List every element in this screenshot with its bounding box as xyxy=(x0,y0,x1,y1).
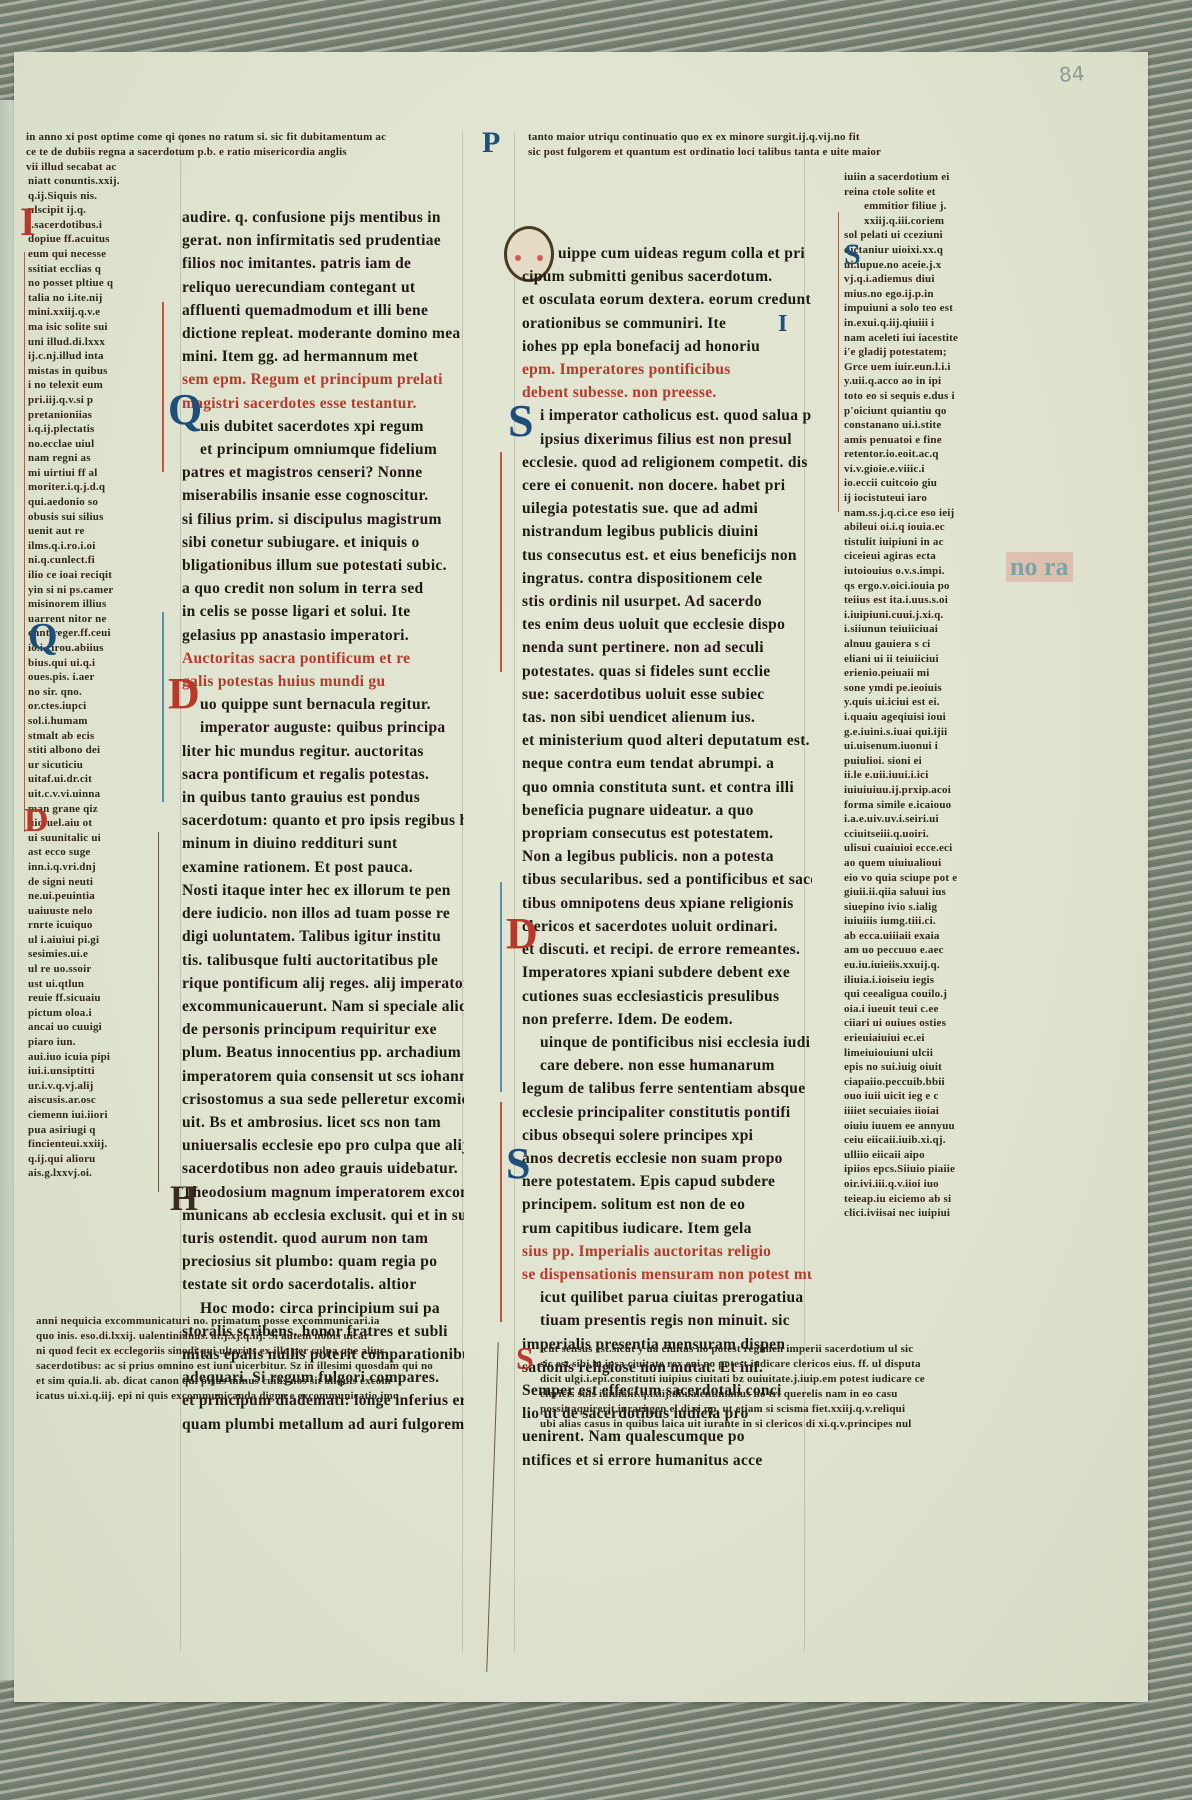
gloss-line: reuie ff.sicuaiu xyxy=(28,991,140,1006)
text-line: i imperator catholicus est. quod salua p… xyxy=(522,404,812,427)
gloss-line: ii.le e.uii.iuui.i.ici xyxy=(844,768,1004,783)
text-line: rum capitibus iudicare. Item gela xyxy=(522,1217,812,1240)
gloss-line: qui ceealigua couilo.j xyxy=(844,987,1004,1002)
gloss-line: de signi neuti xyxy=(28,875,140,890)
text-line: examine rationem. Et post pauca. xyxy=(182,856,464,879)
gloss-line: impuiuni a solo teo est xyxy=(844,301,1004,316)
gloss-line: eio vo quia sciupe pot e xyxy=(844,871,1004,886)
ruling-line xyxy=(514,132,515,1652)
gloss-line: sic est sibi in ipsa ciuitate rex eni no… xyxy=(540,1357,1030,1372)
gloss-line: siuepino ivio s.ialig xyxy=(844,900,1004,915)
gloss-line: forma simile e.icaiouo xyxy=(844,798,1004,813)
text-line: liter hic mundus regitur. auctoritas xyxy=(182,740,464,763)
text-line: a quo credit non solum in terra sed xyxy=(182,577,464,600)
text-line: patres et magistros censeri? Nonne xyxy=(182,461,464,484)
gloss-line: ulscipit ij.q. xyxy=(28,203,140,218)
decorated-initial-Q-gloss: Q xyxy=(28,618,58,656)
red-flourish xyxy=(24,252,25,832)
decorated-initial-I: I xyxy=(778,312,787,336)
decorated-initial-S-bottom: S xyxy=(516,1342,534,1374)
text-line: uippe cum uideas regum colla et pri xyxy=(522,242,812,265)
text-line: in celis se posse ligari et solui. Ite xyxy=(182,600,464,623)
rubric-line: sem epm. Regum et principum prelati xyxy=(182,368,464,391)
gloss-line: no posset pltiue q xyxy=(28,276,140,291)
gloss-line: Grce uem iuir.eun.l.i.i xyxy=(844,360,1004,375)
text-line: rique pontificum alij reges. alij impera… xyxy=(182,972,464,995)
top-gloss: in anno xi post optime come qi qones no … xyxy=(26,130,476,174)
folio-number: 84 xyxy=(1058,61,1085,87)
decorated-initial-I-gloss: I xyxy=(20,202,36,242)
gloss-line: ab ecca.uiiiaii exaia xyxy=(844,929,1004,944)
rubric-line: magistri sacerdotes esse testantur. xyxy=(182,392,464,415)
gloss-line: epis no sui.iuig oiuit xyxy=(844,1060,1004,1075)
gloss-line: nam.ss.j.q.ci.ce eso ieij xyxy=(844,506,1004,521)
gloss-line: ce te de dubiis regna a sacerdotum p.b. … xyxy=(26,145,476,160)
gloss-line: eliani ui ii teiuiiciui xyxy=(844,652,1004,667)
gloss-line: sesimies.ui.e xyxy=(28,947,140,962)
text-line: legum de talibus ferre sententiam absque xyxy=(522,1077,812,1100)
gloss-line: inn.i.q.vri.dnj xyxy=(28,860,140,875)
text-line: tiuam presentis regis non minuit. sic xyxy=(522,1309,812,1332)
text-line: sacerdotibus non adeo grauis uidebatur. xyxy=(182,1157,464,1180)
gloss-line: ij iocistuteui iaro xyxy=(844,491,1004,506)
text-line: potestates. quas si fideles sunt ecclie xyxy=(522,660,812,683)
gloss-line: ma isic solite sui xyxy=(28,320,140,335)
gloss-line: eum qui necesse xyxy=(28,247,140,262)
text-line: non preferre. Idem. De eodem. xyxy=(522,1008,812,1031)
text-line: filios noc imitantes. patris iam de xyxy=(182,252,464,275)
red-flourish xyxy=(500,1102,502,1322)
main-column-right: uippe cum uideas regum colla et pri cipu… xyxy=(522,242,812,1472)
top-right-gloss: tanto maior utriqu continuatio quo ex ex… xyxy=(528,130,998,160)
gloss-line: oia.i iueuit teui c.ee xyxy=(844,1002,1004,1017)
gloss-line: ciiari ui ouiues osties xyxy=(844,1016,1004,1031)
gloss-line: mi uirtiui ff al xyxy=(28,466,140,481)
gloss-line: g.e.iuini.s.iuai qui.ijii xyxy=(844,725,1004,740)
red-flourish xyxy=(500,452,502,672)
gloss-line: y.uii.q.acco ao in ipi xyxy=(844,374,1004,389)
gloss-line: pri.iij.q.v.si p xyxy=(28,393,140,408)
gloss-line: ni quod fecit ex ecclegoriis sinodi qui … xyxy=(36,1344,476,1359)
text-line: audire. q. confusione pijs mentibus in xyxy=(182,206,464,229)
decorated-initial-S-gloss: S xyxy=(844,240,861,270)
gloss-line: stiti albono dei xyxy=(28,743,140,758)
text-line: dere iudicio. non illos ad tuam posse re xyxy=(182,902,464,925)
gloss-line: stmalt ab ecis xyxy=(28,729,140,744)
text-line: tus consecutus est. et eius beneficijs n… xyxy=(522,544,812,567)
text-line: Theodosium magnum imperatorem excom xyxy=(182,1181,464,1204)
gloss-line: ur.i.v.q.vj.alij xyxy=(28,1079,140,1094)
text-line: sacra pontificum et regalis potestas. xyxy=(182,763,464,786)
gloss-line: iuiuiiis iumg.tiii.ci. xyxy=(844,914,1004,929)
gloss-line: ulliio eiicaii aipo xyxy=(844,1148,1004,1163)
text-line: dictione repleat. moderante domino mea xyxy=(182,322,464,345)
gloss-line: retentor.io.eoit.ac.q xyxy=(844,447,1004,462)
text-line: cere ei conuenit. non docere. habet pri xyxy=(522,474,812,497)
gloss-line: ulisui cuaiuioi ecce.eci xyxy=(844,841,1004,856)
gloss-line: talia no i.ite.nij xyxy=(28,291,140,306)
gloss-line: et sim quia.li. ab. dicat canon qui priu… xyxy=(36,1374,476,1389)
right-gloss-column: iuiin a sacerdotium ei reina ctole solit… xyxy=(844,170,1004,1221)
decorated-initial-P: P xyxy=(482,128,500,158)
decorated-initial-D: D xyxy=(168,672,200,716)
gloss-line: rnrte icuiquo xyxy=(28,918,140,933)
gloss-line: no.ecclae uiul xyxy=(28,437,140,452)
decorated-initial-S: S xyxy=(508,398,534,444)
gloss-line: oiuiu iuuem ee annyuu xyxy=(844,1119,1004,1134)
text-line: imperator auguste: quibus principa xyxy=(182,716,464,739)
text-line: si filius prim. si discipulus magistrum xyxy=(182,508,464,531)
text-line: et ministerium quod alteri deputatum est… xyxy=(522,729,812,752)
gloss-line: eu.iu.iuieiis.xxuij.q. xyxy=(844,958,1004,973)
text-line: crisostomus a sua sede pelleretur excomi… xyxy=(182,1088,464,1111)
text-line: Non a legibus publicis. non a potesta xyxy=(522,845,812,868)
gloss-line: oues.pis. i.aer xyxy=(28,670,140,685)
gloss-line: emmitior filiue j. xyxy=(844,199,1004,214)
decorated-initial-D-gloss: D xyxy=(24,804,49,838)
gloss-line: aiscusis.ar.osc xyxy=(28,1093,140,1108)
ruling-line xyxy=(180,132,181,1652)
gloss-line: ipiios epcs.Siiuio piaiie xyxy=(844,1162,1004,1177)
gloss-line: ui.iupue.no aceie.j.x xyxy=(844,258,1004,273)
gloss-line: cciuitseiii.q.uoiri. xyxy=(844,827,1004,842)
gloss-line: ao quem uiuiualioui xyxy=(844,856,1004,871)
gloss-line: erienio.peiuaii mi xyxy=(844,666,1004,681)
text-line: tes enim deus uoluit que ecclesie dispo xyxy=(522,613,812,636)
gloss-line: or.ctes.iupci xyxy=(28,699,140,714)
text-line: preciosius sit plumbo: quam regia po xyxy=(182,1250,464,1273)
gloss-line: i.sacerdotibus.i xyxy=(28,218,140,233)
gloss-line: sacerdotibus: ac si prius omnino est iun… xyxy=(36,1359,476,1374)
decorated-initial-S-right: S xyxy=(506,1142,530,1186)
text-line: uo quippe sunt bernacula regitur. xyxy=(182,693,464,716)
gloss-line: oir.ivi.iii.q.v.iioi iuo xyxy=(844,1177,1004,1192)
bottom-right-gloss: icut sensus est.sicut y ua ciuitas no po… xyxy=(540,1342,1030,1432)
gloss-line: ni.q.cunlect.fi xyxy=(28,553,140,568)
decorated-initial-D-right: D xyxy=(506,912,538,956)
text-line: miserabilis insanie esse cognoscitur. xyxy=(182,484,464,507)
gloss-line: piaro iun. xyxy=(28,1035,140,1050)
red-flourish xyxy=(838,212,839,512)
text-line: tis. talibusque fulti auctoritatibus ple xyxy=(182,949,464,972)
gloss-line: i.iuipiuni.cuui.j.xi.q. xyxy=(844,608,1004,623)
gloss-line: niatt conuntis.xxij. xyxy=(28,174,140,189)
gloss-line: vi.v.gioie.e.viiic.i xyxy=(844,462,1004,477)
text-line: care debere. non esse humanarum xyxy=(522,1054,812,1077)
text-line: plum. Beatus innocentius pp. archadium xyxy=(182,1041,464,1064)
gloss-line: i.a.e.uiv.uv.i.seiri.ui xyxy=(844,812,1004,827)
gloss-line: iliuia.i.ioiseiu iegis xyxy=(844,973,1004,988)
gloss-line: ciemenn iui.iiori xyxy=(28,1108,140,1123)
rubric-line: galis potestas huius mundi gu xyxy=(182,670,464,693)
gloss-line: y.quis ui.iciui est ei. xyxy=(844,695,1004,710)
gloss-line: uitaf.ui.dr.cit xyxy=(28,772,140,787)
gloss-line: giuii.ii.qiia saluui ius xyxy=(844,885,1004,900)
gloss-line: io.eccii cuitcoio giu xyxy=(844,476,1004,491)
text-line: ipsius dixerimus filius est non presul xyxy=(522,428,812,451)
brown-flourish xyxy=(486,1342,499,1672)
gloss-line: i.q.ij.plectatis xyxy=(28,422,140,437)
gloss-line: alnuu gauiera s ci xyxy=(844,637,1004,652)
text-line: Nosti itaque inter hec ex illorum te pen xyxy=(182,879,464,902)
gloss-line: am uo peccuuo e.aec xyxy=(844,943,1004,958)
text-line: mini. Item gg. ad hermannum met xyxy=(182,345,464,368)
gloss-line: tistulit iuipiuni in ac xyxy=(844,535,1004,550)
gloss-line: obusis sui silius xyxy=(28,510,140,525)
gloss-line: iiiiet secuiaies iioiai xyxy=(844,1104,1004,1119)
brown-flourish xyxy=(158,832,159,1192)
blue-flourish xyxy=(500,882,502,1092)
gloss-line: possit aquirerit iurari gen el.di.si pp.… xyxy=(540,1402,1030,1417)
text-line: turis ostendit. quod aurum non tam xyxy=(182,1227,464,1250)
text-line: clericos et sacerdotes uoluit ordinari. xyxy=(522,915,812,938)
left-gloss-column: niatt conuntis.xxij. q.ij.Siquis nis. ul… xyxy=(28,174,140,1181)
text-line: quam plumbi metallum ad auri fulgorem co… xyxy=(182,1413,464,1436)
gloss-line: puiulioi. sioni ei xyxy=(844,754,1004,769)
gloss-line: mistas in quibus xyxy=(28,364,140,379)
gloss-line: ais.g.lxxvj.oi. xyxy=(28,1166,140,1181)
gloss-line: ssitiat ecclias q xyxy=(28,262,140,277)
gloss-line: ciapaiio.peccuib.bbii xyxy=(844,1075,1004,1090)
gloss-line: vii illud secabat ac xyxy=(26,160,476,175)
text-line: principem. solitum est non de eo xyxy=(522,1193,812,1216)
gloss-line: no sir. qno. xyxy=(28,685,140,700)
text-line: affluenti quemadmodum et illi bene xyxy=(182,299,464,322)
text-line: ecclesie. quod ad religionem competit. d… xyxy=(522,451,812,474)
text-line: iohes pp epla bonefacij ad honoriu xyxy=(522,335,812,358)
text-line: tibus secularibus. sed a pontificibus et… xyxy=(522,868,812,891)
text-line: imperatorem quia consensit ut scs iohann… xyxy=(182,1065,464,1088)
gloss-line: ne.ui.peuintia xyxy=(28,889,140,904)
text-line: icut quilibet parua ciuitas prerogatiua xyxy=(522,1286,812,1309)
text-line: Imperatores xpiani subdere debent exe xyxy=(522,961,812,984)
gloss-line: clericis suis iuiuiaiit.q.lxiij.di.ualen… xyxy=(540,1387,1030,1402)
text-line: ingratus. contra dispositionem cele xyxy=(522,567,812,590)
text-line: sibi conetur subiugare. et iniquis o xyxy=(182,531,464,554)
gloss-line: uaiuuste nelo xyxy=(28,904,140,919)
text-line: uilegia potestatis sue. que ad admi xyxy=(522,497,812,520)
gloss-line: pretanioniias xyxy=(28,408,140,423)
gloss-line: qs ergo.v.oici.iouia po xyxy=(844,579,1004,594)
gloss-line: icatus ui.xi.q.iij. epi ni quis excommun… xyxy=(36,1389,476,1404)
gloss-line: sone ymdi pe.ieoiuis xyxy=(844,681,1004,696)
text-line: excommunicauerunt. Nam si speciale aliqu… xyxy=(182,995,464,1018)
gloss-line: ast ecco suge xyxy=(28,845,140,860)
text-line: stis ordinis nil usurpet. Ad sacerdo xyxy=(522,590,812,613)
gloss-line: teiius est ita.i.uus.s.oi xyxy=(844,593,1004,608)
text-line: uit. Bs et ambrosius. licet scs non tam xyxy=(182,1111,464,1134)
text-line: bligationibus illum sue potestati subic. xyxy=(182,554,464,577)
rubric-line: se dispensationis mensuram non potest mu… xyxy=(522,1263,812,1286)
gloss-line: amis penuatoi e fine xyxy=(844,433,1004,448)
gloss-line: constanano ui.i.stite xyxy=(844,418,1004,433)
text-line: quo omnia constituta sunt. et contra ill… xyxy=(522,776,812,799)
gloss-line: pictum oloa.i xyxy=(28,1006,140,1021)
gloss-line: icut sensus est.sicut y ua ciuitas no po… xyxy=(540,1342,1030,1357)
gloss-line: ouo iuii uicit ieg e c xyxy=(844,1089,1004,1104)
text-line: uis dubitet sacerdotes xpi regum xyxy=(182,415,464,438)
gloss-line: iui.i.unsiptitti xyxy=(28,1064,140,1079)
gloss-line: anni nequicia excommunicaturi no. primat… xyxy=(36,1314,476,1329)
gloss-line: i no telexit eum xyxy=(28,378,140,393)
text-line: nenda sunt pertinere. non ad seculi xyxy=(522,636,812,659)
gloss-line: sol.i.humam xyxy=(28,714,140,729)
rubric-line: debent subesse. non preesse. xyxy=(522,381,812,404)
gloss-line: mius.no ego.ij.p.in xyxy=(844,287,1004,302)
gloss-line: fincienteui.xxiij. xyxy=(28,1137,140,1152)
main-column-left: audire. q. confusione pijs mentibus in g… xyxy=(182,206,464,1436)
gloss-line: nam regni as xyxy=(28,451,140,466)
gloss-line: i.siiunun teiuiiciuai xyxy=(844,622,1004,637)
text-line: de personis principum requiritur exe xyxy=(182,1018,464,1041)
decorated-initial-Q: Q xyxy=(168,388,202,432)
gloss-line: ust ui.qtlun xyxy=(28,977,140,992)
blue-flourish xyxy=(162,612,164,802)
gloss-line: ceiu eiicaii.iuib.xi.qj. xyxy=(844,1133,1004,1148)
text-line: sacerdotum: quanto et pro ipsis regibus … xyxy=(182,809,464,832)
gloss-line: erieuiaiuiui ec.ei xyxy=(844,1031,1004,1046)
gloss-line: dicit ulgi.i.epi.constituti iuipius ciui… xyxy=(540,1372,1030,1387)
gloss-line: ul re uo.ssoir xyxy=(28,962,140,977)
gloss-line: dopiue ff.acuitus xyxy=(28,232,140,247)
gloss-line: abileui oi.i.q iouia.ec xyxy=(844,520,1004,535)
manuscript-folio: 84 in anno xi post optime come qi qones … xyxy=(14,52,1148,1702)
text-line: testate sit ordo sacerdotalis. altior xyxy=(182,1273,464,1296)
text-line: cipum submitti genibus sacerdotum. xyxy=(522,265,812,288)
gloss-line: i'e gladij potestatem; xyxy=(844,345,1004,360)
text-line: nere potestatem. Epis capud subdere xyxy=(522,1170,812,1193)
text-line: reliquo uerecundiam contegant ut xyxy=(182,276,464,299)
text-line: uinque de pontificibus nisi ecclesia iud… xyxy=(522,1031,812,1054)
gloss-line: ilms.q.i.ro.i.oi xyxy=(28,539,140,554)
bottom-left-gloss: anni nequicia excommunicaturi no. primat… xyxy=(36,1314,476,1404)
gloss-line: nam aceleti iui iacestite xyxy=(844,331,1004,346)
text-line: orationibus se communiri. Ite xyxy=(522,312,812,335)
gloss-line: tanto maior utriqu continuatio quo ex ex… xyxy=(528,130,998,145)
gloss-line: pua asiriugi q xyxy=(28,1123,140,1138)
gloss-line: ilio ce ioai reciqit xyxy=(28,568,140,583)
text-line: in quibus tanto grauius est pondus xyxy=(182,786,464,809)
gloss-line: uenit aut re xyxy=(28,524,140,539)
text-line: minum in diuino reddituri sunt xyxy=(182,832,464,855)
gloss-line: iuiin a sacerdotium ei xyxy=(844,170,1004,185)
text-line: ecclesie principaliter constitutis ponti… xyxy=(522,1101,812,1124)
gloss-line: ciceieui agiras ecta xyxy=(844,549,1004,564)
gloss-line: qui.aedonio so xyxy=(28,495,140,510)
gloss-line: q.ij.qui alioru xyxy=(28,1152,140,1167)
text-line: anos decretis ecclesie non suam propo xyxy=(522,1147,812,1170)
text-line: cutiones suas ecclesiasticis presulibus xyxy=(522,985,812,1008)
text-line: ntifices et si errore humanitus acce xyxy=(522,1449,812,1472)
decorated-initial-H: H xyxy=(170,1180,198,1216)
text-line: uniuersalis ecclesie epo pro culpa que a… xyxy=(182,1134,464,1157)
gloss-line: quo inis. eso.di.lxxij. ualentinianus. a… xyxy=(36,1329,476,1344)
text-line: tas. non sibi uendicet alienum ius. xyxy=(522,706,812,729)
rubric-line: sius pp. Imperialis auctoritas religio xyxy=(522,1240,812,1263)
gloss-line: sol pelati ui cceziuni xyxy=(844,228,1004,243)
gloss-line: uit.c.v.vi.uinna xyxy=(28,787,140,802)
gloss-line: in anno xi post optime come qi qones no … xyxy=(26,130,476,145)
gloss-line: dictaniur uioixi.xx.q xyxy=(844,243,1004,258)
gloss-line: q.ij.Siquis nis. xyxy=(28,189,140,204)
gloss-line: sic post fulgorem et quantum est ordinat… xyxy=(528,145,998,160)
gloss-line: aui.iuo icuia pipi xyxy=(28,1050,140,1065)
gloss-line: ij.c.nj.illud inta xyxy=(28,349,140,364)
text-line: cibus obsequi solere principes xpi xyxy=(522,1124,812,1147)
gloss-line: uni illud.di.lxxx xyxy=(28,335,140,350)
gloss-line: vj.q.i.adiemus diui xyxy=(844,272,1004,287)
marginal-note: no ra xyxy=(1006,552,1073,582)
text-line: neque contra eum tendat abrumpi. a xyxy=(522,752,812,775)
gloss-line: ancai uo cuuigi xyxy=(28,1020,140,1035)
gloss-line: clici.iviisai nec iuipiui xyxy=(844,1206,1004,1221)
text-line: gerat. non infirmitatis sed prudentiae xyxy=(182,229,464,252)
text-line: municans ab ecclesia exclusit. qui et in… xyxy=(182,1204,464,1227)
gloss-line: ubi alias casus in quibus laica uit iura… xyxy=(540,1417,1030,1432)
rubric-line: epm. Imperatores pontificibus xyxy=(522,358,812,381)
cheek-mark xyxy=(515,255,521,261)
text-line: nistrandum legibus publicis diuini xyxy=(522,520,812,543)
text-line: et discuti. et recipi. de errore remeant… xyxy=(522,938,812,961)
gloss-line: in.exui.q.iij.qiuiii i xyxy=(844,316,1004,331)
gloss-line: i.quaiu ageqiuisi ioui xyxy=(844,710,1004,725)
text-line: digi uoluntatem. Talibus igitur institu xyxy=(182,925,464,948)
gloss-line: teieap.iu eiciemo ab si xyxy=(844,1192,1004,1207)
gloss-line: ur sicuticiu xyxy=(28,758,140,773)
text-line: sue: sacerdotibus uoluit esse subiec xyxy=(522,683,812,706)
gloss-line: mini.xxiij.q.v.e xyxy=(28,305,140,320)
gloss-line: ui.uisenum.iuonui i xyxy=(844,739,1004,754)
gloss-line: toto eo si sequis e.dus i xyxy=(844,389,1004,404)
text-line: propriam consecutus est potestatem. xyxy=(522,822,812,845)
gloss-line: iutoiouius o.v.s.impi. xyxy=(844,564,1004,579)
gloss-line: xxiij.q.iii.coriem xyxy=(844,214,1004,229)
rubric-line: Auctoritas sacra pontificum et re xyxy=(182,647,464,670)
text-line: et principum omniumque fidelium xyxy=(182,438,464,461)
gloss-line: misinorem illius xyxy=(28,597,140,612)
text-line: tibus omnipotens deus xpiane religionis xyxy=(522,892,812,915)
gloss-line: moriter.i.q.j.d.q xyxy=(28,480,140,495)
gloss-line: yin si ni ps.camer xyxy=(28,583,140,598)
text-line: gelasius pp anastasio imperatori. xyxy=(182,624,464,647)
gloss-line: ul i.aiuiui pi.gi xyxy=(28,933,140,948)
gloss-line: iuiuiuiuu.ij.prxip.acoi xyxy=(844,783,1004,798)
gloss-line: reina ctole solite et xyxy=(844,185,1004,200)
text-line: et osculata eorum dextera. eorum credunt xyxy=(522,288,812,311)
gloss-line: p'oiciunt quiantiu qo xyxy=(844,404,1004,419)
red-flourish xyxy=(162,302,164,472)
gloss-line: limeiuiouiuni ulcii xyxy=(844,1046,1004,1061)
text-line: beneficia pugnare uideatur. a quo xyxy=(522,799,812,822)
